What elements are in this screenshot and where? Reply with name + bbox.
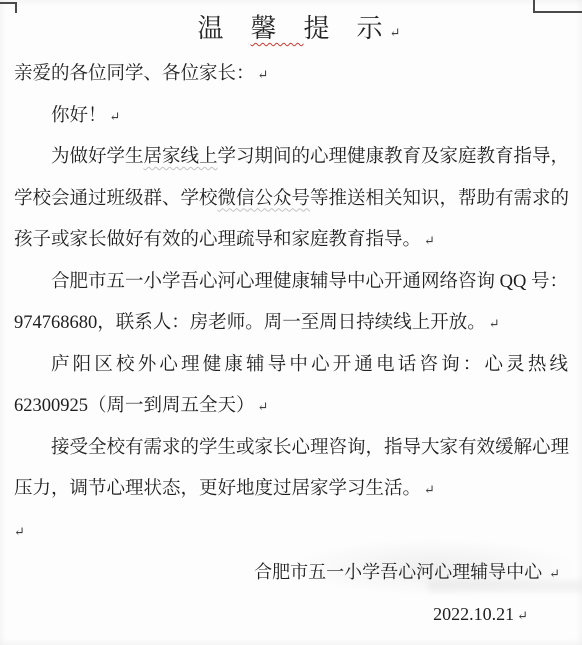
margin-corner-mark-top-right-icon [533, 0, 582, 13]
paragraph-mark-icon: ↵ [390, 16, 401, 50]
notice-document-page: 温馨提示↵ 亲爱的各位同学、各位家长：↵ 你好！↵ 为做好学生居家线上学习期间的… [0, 0, 582, 645]
body-text: 974768680，联系人：房老师。周一至周日持续线上开放。 [14, 313, 486, 333]
psych-edu-paragraph-line-2: 学校会通过班级群、学校微信公众号等推送相关知识，帮助有需求的 [14, 179, 568, 221]
paragraph-mark-icon: ↵ [517, 595, 528, 637]
margin-corner-mark-top-left-icon [0, 2, 17, 13]
date-text: 2022.10.21 [433, 604, 514, 624]
body-text: 庐阳区校外心理健康辅导中心开通电话咨询：心灵热线 [51, 355, 568, 375]
psych-edu-paragraph-line-3: 孩子或家长做好有效的心理疏导和家庭教育指导。↵ [14, 220, 568, 262]
paragraph-mark-icon: ↵ [489, 303, 500, 345]
body-text-grammar-flagged: 居家线上 [144, 147, 218, 167]
body-text: 学校会通过班级群、学校 [14, 189, 218, 209]
paragraph-mark-icon: ↵ [424, 469, 435, 511]
body-text: 孩子或家长做好有效的心理疏导和家庭教育指导。 [14, 230, 421, 250]
salutation-line: 亲爱的各位同学、各位家长：↵ [14, 54, 568, 96]
photo-shadow-artifact [428, 580, 582, 592]
counseling-scope-paragraph-line-1: 接受全校有需求的学生或家长心理咨询，指导大家有效缓解心理 [14, 428, 568, 470]
document-title: 温馨提示↵ [0, 0, 582, 46]
body-text: 为做好学生 [51, 147, 144, 167]
qq-consult-paragraph-line-2: 974768680，联系人：房老师。周一至周日持续线上开放。↵ [14, 303, 568, 345]
body-text-grammar-flagged: 微信公众号 [218, 189, 311, 209]
paragraph-mark-icon: ↵ [258, 386, 269, 428]
paragraph-mark-icon: ↵ [110, 96, 121, 138]
salutation-text: 亲爱的各位同学、各位家长： [14, 64, 255, 84]
hotline-paragraph-line-2: 62300925（周一到周五全天）↵ [14, 386, 568, 428]
qq-consult-paragraph-line-1: 合肥市五一小学吾心河心理健康辅导中心开通网络咨询 QQ 号： [14, 262, 568, 304]
date-line: 2022.10.21↵ [14, 594, 568, 636]
body-text: 合肥市五一小学吾心河心理健康辅导中心开通网络咨询 QQ 号： [51, 272, 568, 292]
body-text: 等推送相关知识，帮助有需求的 [310, 189, 569, 209]
psych-edu-paragraph-line-1: 为做好学生居家线上学习期间的心理健康教育及家庭教育指导， [14, 137, 568, 179]
greeting-text: 你好！ [51, 106, 107, 126]
body-text: 62300925（周一到周五全天） [14, 396, 255, 416]
body-text: 接受全校有需求的学生或家长心理咨询，指导大家有效缓解心理 [51, 438, 569, 458]
greeting-line: 你好！↵ [14, 96, 568, 138]
title-text-spellcheck-flagged: 馨 [251, 14, 304, 43]
counseling-scope-paragraph-line-2: 压力，调节心理状态，更好地度过居家学习生活。↵ [14, 469, 568, 511]
paragraph-mark-icon: ↵ [258, 54, 269, 96]
title-text: 温 [198, 14, 251, 43]
body-text: 压力，调节心理状态，更好地度过居家学习生活。 [14, 479, 421, 499]
body-text: 学习期间的心理健康教育及家庭教育指导， [218, 147, 570, 167]
hotline-paragraph-line-1: 庐阳区校外心理健康辅导中心开通电话咨询：心灵热线 [14, 345, 568, 387]
paragraph-mark-icon: ↵ [14, 511, 25, 553]
paragraph-mark-icon: ↵ [424, 220, 435, 262]
